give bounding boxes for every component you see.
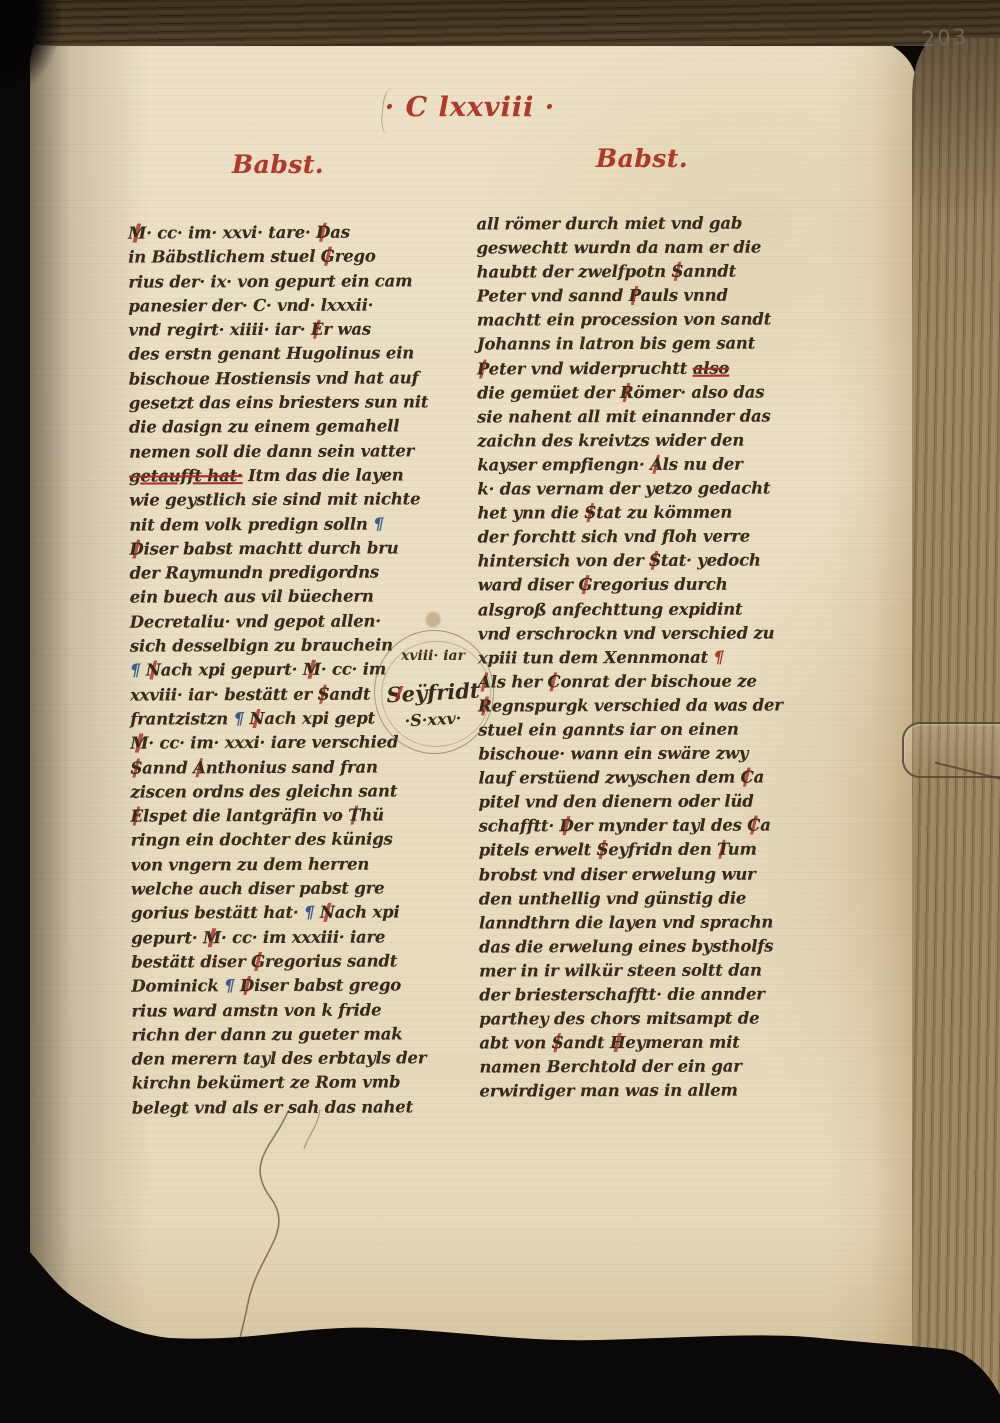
text-line: panesier der· C· vnd· lxxxii· [128,293,396,318]
gutter-corner-shadow [0,0,62,100]
text-line: pitel vnd den dienern oder lüd [478,790,778,815]
text-segment: auls vnnd [640,286,727,305]
text-segment: M [303,660,321,679]
text-segment: G [321,247,335,266]
text-segment: M [130,734,148,753]
text-segment: Johanns in latron bis gem sant [477,334,755,354]
text-line: richn der dann zu gueter mak [132,1022,400,1047]
text-segment: regorius durch [592,575,727,594]
text-segment: D [240,976,254,995]
text-segment: eymeran mit [625,1033,739,1052]
text-line: ¶ Nach xpi gepurt· M· cc· im [130,658,398,683]
text-line: parthey des chors mitsampt de [479,1007,779,1032]
text-segment: G [578,576,592,595]
text-segment: sie nahent all mit einannder das [477,406,771,426]
chapter-heading: · C lxxviii · [340,92,600,123]
text-segment: namen Berchtold der ein gar [479,1057,741,1077]
text-segment: den unthellig vnd günstig die [479,888,746,908]
text-segment: xpiii tun dem Xennmonat [478,647,714,667]
text-segment: sich desselbign zu brauchein [130,635,393,655]
text-segment: lanndthrn die layen vnd sprachn [479,912,773,932]
text-segment: kayser empfiengn· [477,455,650,475]
text-segment: vnd regirt· xiiii· iar· [128,320,310,340]
text-segment: · cc· im· xxvi· tare· [146,223,316,243]
text-segment: k· das vernam der yetzo gedacht [477,479,770,499]
text-line: xxviii· iar· bestätt er Sandt [130,682,398,707]
text-line: alsgroß anfechttung expidint [478,597,778,622]
text-segment: iser babst machtt durch bru [144,538,399,558]
text-segment: N [249,709,264,728]
text-line: erwirdiger man was in allem [479,1079,779,1104]
text-segment: um [728,840,757,859]
text-segment: ¶ [304,903,314,922]
text-segment: P [629,286,641,305]
text-segment: ¶ [224,976,234,995]
text-line: abt von Sandt Heymeran mit [479,1031,779,1056]
text-line: welche auch diser pabst gre [131,876,399,901]
text-line: Peter vnd sannd Pauls vnnd [477,284,777,309]
text-segment: S [318,684,330,703]
text-segment: eter vnd widerpruchtt [489,358,693,378]
text-segment: R [620,383,634,402]
text-segment: ls nu der [663,455,743,474]
text-line: M· cc· im· xxvi· tare· Das [128,220,396,245]
text-segment: panesier der· C· vnd· lxxxii· [128,295,373,315]
text-segment: M [203,928,221,947]
text-line: gesetzt das eins briesters sun nit [129,390,397,415]
text-segment: N [320,903,335,922]
text-segment [234,976,240,995]
text-line: frantzistzn ¶ Nach xpi gept [130,706,398,731]
text-line: die dasign zu einem gemahell [129,415,397,440]
page-holder-clip [902,722,1000,778]
text-line: des erstn genant Hugolinus ein [129,342,397,367]
text-line: das die erwelung eines bystholfs [479,934,779,959]
text-segment: D [560,817,574,836]
text-segment: regorius sandt [265,951,397,971]
text-segment: haubtt der zwelfpotn [477,262,672,282]
text-segment: ach xpi gepurt· [161,660,303,680]
text-segment: egnspurgk verschied da was der [492,695,783,715]
text-segment: er mynder tayl des [574,816,748,836]
text-segment: P [477,359,489,378]
text-segment: S [584,503,596,522]
text-line: geswechtt wurdn da nam er die [477,236,777,261]
text-segment: A [650,455,663,474]
text-segment: S [552,1033,564,1052]
text-line: hintersich von der Stat· yedoch [478,549,778,574]
text-segment: ward diser [478,576,579,595]
text-segment: ¶ [234,709,244,728]
text-segment: abt von [479,1033,551,1052]
text-segment: E [131,807,143,826]
text-segment: gesetzt das eins briesters sun nit [129,392,429,412]
text-segment: S [649,551,661,570]
text-segment: nthonius sand fran [206,757,378,777]
text-segment: ls her [491,672,548,691]
text-line: wie geystlich sie sind mit nichte [129,488,397,513]
text-line: ziscen ordns des gleichn sant [130,779,398,804]
text-line: ringn ein dochter des künigs [131,828,399,853]
text-line: Elspet die lantgräfin vo Thü [131,804,399,829]
text-segment: ach xpi gept [264,708,375,727]
text-column-left: M· cc· im· xxvi· tare· Dasin Bäbstlichem… [128,220,400,1120]
circle-year-label: xviii· iar [374,648,492,664]
text-segment: · cc· im xxxiii· iare [221,927,385,947]
text-line: kirchn bekümert ze Rom vmb [132,1071,400,1096]
text-segment: lspet die lantgräfin vo [143,806,348,826]
text-line: zaichn des kreivtzs wider den [477,428,777,453]
text-line: xpiii tun dem Xennmonat ¶ [478,645,778,670]
text-segment: S [597,841,609,860]
text-line: bestätt diser Gregorius sandt [131,949,399,974]
text-line: all römer durch miet vnd gab [476,211,776,236]
text-line: brobst vnd diser erwelung wur [479,862,779,887]
text-segment: gorius bestätt hat· [131,903,304,923]
text-line: nemen soll die dann sein vatter [129,439,397,464]
text-segment: mer in ir wilkür steen soltt dan [479,960,762,980]
text-segment: rius ward amstn von k fride [131,1000,381,1020]
text-line: stuel ein gannts iar on einen [478,717,778,742]
column-header-left: Babst. [232,150,324,179]
text-line: nit dem volk predign solln ¶ [129,512,397,537]
text-segment: iser babst grego [254,976,401,996]
text-segment: die dasign zu einem gemahell [129,417,399,437]
text-segment: parthey des chors mitsampt de [479,1009,759,1029]
text-segment: welche auch diser pabst gre [131,878,385,898]
text-line: rius ward amstn von k fride [131,998,399,1023]
text-segment: des erstn genant Hugolinus ein [129,344,415,364]
text-line: bischoue· wann ein swäre zwy [478,742,778,767]
text-line: namen Berchtold der ein gar [479,1055,779,1080]
text-line: rius der· ix· von gepurt ein cam [128,269,396,294]
text-segment: den merern tayl des erbtayls der [132,1048,427,1068]
text-line: von vngern zu dem herren [131,852,399,877]
text-segment: M [128,224,146,243]
text-line: Decretaliu· vnd gepot allen· [130,609,398,634]
text-segment: pitel vnd den dienern oder lüd [478,792,753,812]
text-segment: lauf erstüend zwyschen dem [478,768,740,788]
text-segment: S [130,758,142,777]
text-line: vnd erschrockn vnd verschied zu [478,621,778,646]
text-line: der briesterschafftt· die annder [479,982,779,1007]
text-segment: C [747,816,760,835]
text-segment: geswechtt wurdn da nam er die [477,238,762,258]
text-column-right: all römer durch miet vnd gabgeswechtt wu… [476,211,779,1104]
text-segment: getaufft hat· [129,466,242,485]
text-segment: · cc· im· xxxi· iare verschied [148,733,398,753]
text-line: Peter vnd widerpruchtt also [477,356,777,381]
text-segment: der briesterschafftt· die annder [479,985,765,1005]
text-segment: erwirdiger man was in allem [479,1081,737,1101]
text-segment: hü [360,806,384,825]
text-segment: S [671,262,683,281]
text-segment: ömer· also das [633,382,764,401]
text-segment: T [348,806,360,825]
text-segment: r was [323,320,371,339]
text-line: Diser babst machtt durch bru [129,536,397,561]
text-segment: rius der· ix· von gepurt ein cam [128,271,412,291]
text-segment: hintersich von der [478,551,650,571]
text-segment: G [251,952,265,971]
text-segment: D [316,223,330,242]
text-line: kayser empfiengn· Als nu der [477,452,777,477]
text-segment: N [146,661,161,680]
text-segment: ringn ein dochter des künigs [131,830,393,850]
text-line: Regnspurgk verschied da was der [478,693,778,718]
text-segment: C [548,672,561,691]
text-segment: machtt ein procession von sandt [477,310,771,330]
circle-name-rubric-slash [394,686,404,700]
text-segment: das die erwelung eines bystholfs [479,936,773,956]
book-fore-edge [912,38,1000,1400]
text-line: mer in ir wilkür steen soltt dan [479,958,779,983]
text-segment: ¶ [373,514,383,533]
text-segment: bischoue· wann ein swäre zwy [478,744,748,764]
text-line: k· das vernam der yetzo gedacht [477,477,777,502]
text-segment: gepurt· [131,928,203,947]
text-segment: also [693,358,730,377]
text-line: lauf erstüend zwyschen dem Ca [478,766,778,791]
text-segment: ziscen ordns des gleichn sant [130,781,397,801]
text-segment: bestätt diser [131,952,251,972]
text-segment: tat· yedoch [661,551,761,570]
text-line: in Bäbstlichem stuel Grego [128,245,396,270]
text-segment: A [193,758,206,777]
text-segment: brobst vnd diser erwelung wur [479,864,756,884]
text-segment: pitels erwelt [479,841,597,860]
folio-number: 203 [921,24,969,51]
text-segment: kirchn bekümert ze Rom vmb [132,1073,401,1093]
text-line: ward diser Gregorius durch [478,573,778,598]
text-line: die gemüet der Römer· also das [477,380,777,405]
text-line: Dominick ¶ Diser babst grego [131,974,399,999]
text-segment: T [717,840,728,859]
text-segment: nemen soll die dann sein vatter [129,441,414,461]
text-segment: alsgroß anfechttung expidint [478,599,743,619]
text-line: lanndthrn die layen vnd sprachn [479,910,779,935]
text-segment: vnd erschrockn vnd verschied zu [478,623,775,643]
text-segment: stuel ein gannts iar on einen [478,720,738,740]
text-line: sich desselbign zu brauchein [130,633,398,658]
text-segment: ein buech aus vil büechern [130,587,374,607]
text-line: Johanns in latron bis gem sant [477,332,777,357]
text-segment: anndt [683,262,736,281]
text-segment: Peter vnd sannd [477,286,629,306]
text-line: Als her Conrat der bischoue ze [478,669,778,694]
text-segment: frantzistzn [130,709,233,728]
text-line: vnd regirt· xiiii· iar· Er was [128,318,396,343]
text-segment: die gemüet der [477,383,620,402]
text-segment: as [330,223,350,242]
text-segment: der Raymundn predigordns [130,563,379,583]
text-segment: C [741,768,754,787]
text-line: haubtt der zwelfpotn Sanndt [477,260,777,285]
text-segment: ach xpi [335,903,400,922]
text-segment: D [129,539,143,558]
bottom-page-edge-shadow [0,1200,1000,1423]
text-segment: ¶ [130,661,140,680]
text-segment: andt [329,684,370,703]
text-segment: Decretaliu· vnd gepot allen· [130,611,381,631]
text-segment: H [610,1033,625,1052]
text-line: der Raymundn predigordns [130,561,398,586]
text-line: den unthellig vnd günstig die [479,886,779,911]
text-segment: wie geystlich sie sind mit nichte [129,490,420,510]
text-line: pitels erwelt Seyfridn den Tum [479,838,779,863]
text-line: bischoue Hostiensis vnd hat auf [129,366,397,391]
text-segment: richn der dann zu gueter mak [132,1024,403,1044]
text-line: sie nahent all mit einannder das [477,404,777,429]
text-segment: annd [142,758,193,777]
text-segment: nit dem volk predign solln [129,514,373,534]
text-segment: xxviii· iar· bestätt er [130,684,318,704]
text-line: ein buech aus vil büechern [130,585,398,610]
text-line: den merern tayl des erbtayls der [132,1047,400,1072]
text-line: schafftt· Der mynder tayl des Ca [479,814,779,839]
text-segment: a [760,816,771,835]
text-segment: der forchtt sich vnd floh verre [478,527,750,547]
text-segment: bischoue Hostiensis vnd hat auf [129,368,419,388]
text-segment: a [754,768,765,787]
text-segment: in Bäbstlichem stuel [128,247,321,267]
text-segment: E [311,320,323,339]
manuscript-photo: 203 · C lxxviii · Babst. Babst. M· cc· i… [0,0,1000,1423]
column-header-right: Babst. [596,144,688,173]
text-line: machtt ein procession von sandt [477,308,777,333]
text-segment: zaichn des kreivtzs wider den [477,430,744,450]
text-line: het ynn die Stat zu kömmen [477,501,777,526]
text-line: getaufft hat· Itm das die layen [129,463,397,488]
text-line: gorius bestätt hat· ¶ Nach xpi [131,901,399,926]
text-segment: Dominick [131,976,224,995]
text-segment: eyfridn den [608,840,717,859]
text-line: der forchtt sich vnd floh verre [478,525,778,550]
book-top-page-edges [0,0,1000,46]
text-segment: all römer durch miet vnd gab [476,214,742,234]
text-segment: schafftt· [479,817,560,836]
text-line: M· cc· im· xxxi· iare verschied [130,731,398,756]
text-segment: von vngern zu dem herren [131,854,369,874]
text-segment: Itm das die layen [242,465,403,485]
text-segment: andt [563,1033,610,1052]
text-line: gepurt· M· cc· im xxxiii· iare [131,925,399,950]
previous-page-edge [0,40,36,1290]
text-segment: tat zu kömmen [596,503,732,522]
text-segment: ¶ [713,647,723,666]
text-line: Sannd Anthonius sand fran [130,755,398,780]
text-segment: onrat der bischoue ze [560,671,756,691]
text-segment: het ynn die [477,503,584,522]
text-segment: rego [335,247,376,266]
